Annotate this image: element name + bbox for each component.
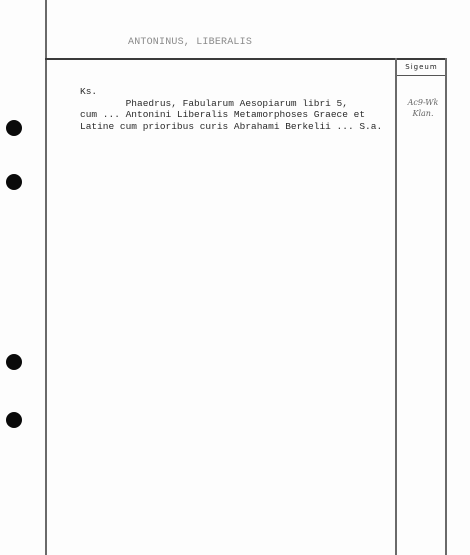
signum-column-header: Sigeum: [397, 63, 446, 71]
heading-rule: [45, 58, 447, 60]
punch-hole-icon: [6, 120, 22, 136]
card-heading: ANTONINUS, LIBERALIS: [128, 37, 252, 48]
handwritten-signum: Ac9-Wk Klan.: [399, 97, 447, 119]
entry-line-1: Ks.: [80, 86, 97, 97]
entry-line-3: cum ... Antonini Liberalis Metamorphoses…: [80, 109, 365, 120]
left-margin-line: [45, 0, 47, 555]
entry-text: Ks. Phaedrus, Fabularum Aesopiarum libri…: [80, 86, 382, 132]
catalog-card: ANTONINUS, LIBERALIS Sigeum Ks. Phaedrus…: [0, 0, 470, 555]
punch-hole-icon: [6, 174, 22, 190]
column-header-rule: [396, 75, 446, 76]
punch-hole-icon: [6, 354, 22, 370]
signum-line-1: Ac9-Wk: [399, 97, 447, 108]
signum-column-right-line: [445, 58, 447, 555]
signum-column-left-line: [395, 58, 397, 555]
signum-line-2: Klan.: [399, 108, 447, 119]
punch-hole-icon: [6, 412, 22, 428]
entry-line-4: Latine cum prioribus curis Abrahami Berk…: [80, 121, 382, 132]
entry-line-2: Phaedrus, Fabularum Aesopiarum libri 5,: [80, 98, 348, 109]
